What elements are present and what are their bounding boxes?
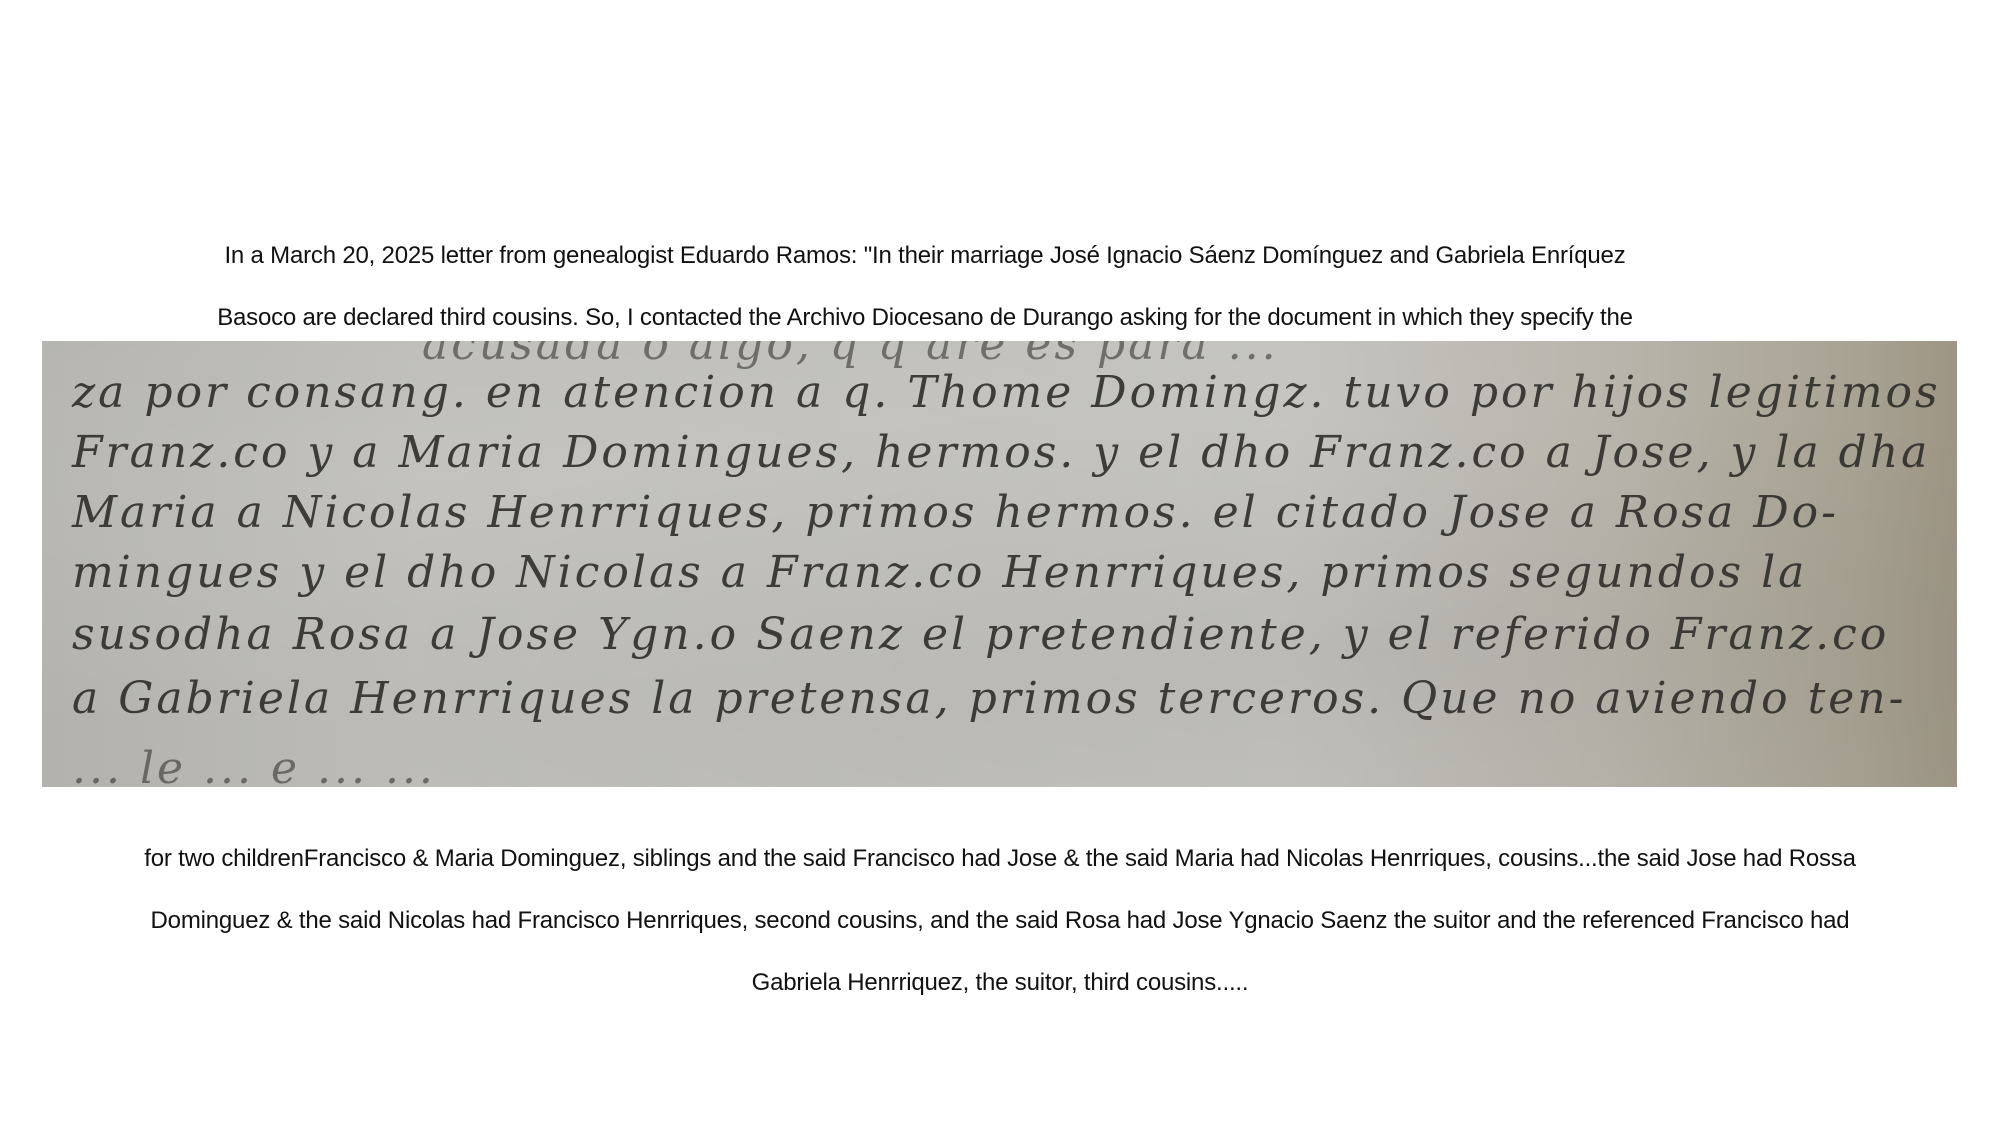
caption-line: Basoco are declared third cousins. So, I…: [130, 302, 1720, 333]
caption-line: Dominguez & the said Nicolas had Francis…: [40, 905, 1960, 936]
caption-line: In a March 20, 2025 letter from genealog…: [130, 240, 1720, 271]
manuscript-line: Franz.co y a Maria Domingues, hermos. y …: [72, 427, 1930, 478]
manuscript-line: za por consang. en atencion a q. Thome D…: [72, 367, 1957, 418]
caption-line: Gabriela Henrriquez, the suitor, third c…: [40, 967, 1960, 998]
manuscript-line: a Gabriela Henrriques la pretensa, primo…: [72, 673, 1907, 724]
caption-line: for two childrenFrancisco & Maria Doming…: [40, 843, 1960, 874]
manuscript-line: ... le ... e ... ...: [72, 743, 436, 787]
translation-caption: for two childrenFrancisco & Maria Doming…: [40, 812, 1960, 1029]
manuscript-line: acusada o algo, q q are es para ...: [422, 341, 1279, 370]
manuscript-line: susodha Rosa a Jose Ygn.o Saenz el prete…: [72, 609, 1889, 660]
manuscript-photo: acusada o algo, q q are es para ... za p…: [42, 341, 1957, 787]
manuscript-line: mingues y el dho Nicolas a Franz.co Henr…: [72, 547, 1807, 598]
manuscript-line: Maria a Nicolas Henrriques, primos hermo…: [72, 487, 1839, 538]
